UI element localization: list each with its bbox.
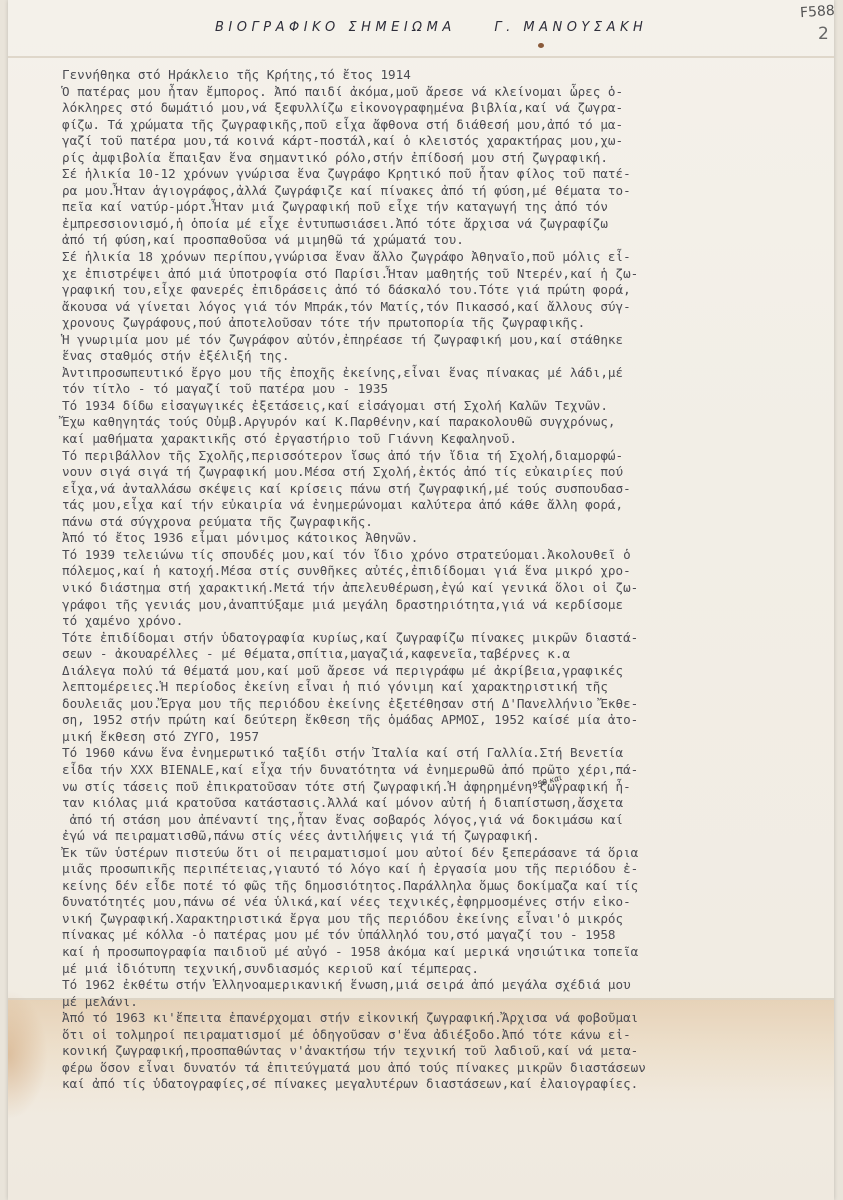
- ink-spot: [538, 43, 544, 48]
- text-line: νω στίς τάσεις ποῦ ἐπικρατοῦσαν τότε στή…: [62, 779, 842, 796]
- text-line: Ὁ πατέρας μου ἦταν ἔμπορος. Ἀπό παιδί ἀκ…: [62, 84, 842, 101]
- text-line: Ἐκ τῶν ὑστέρων πιστεύω ὅτι οἱ πειραματισ…: [62, 845, 842, 862]
- text-line: χε ἐπιστρέψει ἀπό μιά ὑποτροφία στό Παρί…: [62, 266, 842, 283]
- text-line: πίνακας μέ κόλλα -ὁ πατέρας μου μέ τόν ὑ…: [62, 927, 842, 944]
- typed-body-text: Γεννήθηκα στό Ηράκλειο τῆς Κρήτης,τό ἔτο…: [62, 67, 842, 1093]
- text-line: ὅτι οἱ τολμηροί πειραματισμοί μέ ὁδηγοῦσ…: [62, 1027, 842, 1044]
- text-line: μική ἔκθεση στό ΖΥΓΟ, 1957: [62, 729, 842, 746]
- text-line: τάς μου,εἶχα καί τήν εὐκαιρία νά ἐνημερώ…: [62, 497, 842, 514]
- header-author: Γ. ΜΑΝΟΥΣΑΚΗ: [494, 20, 647, 35]
- text-line: Ἔχω καθηγητάς τούς Οὐμβ.Αργυρόν καί Κ.Πα…: [62, 414, 842, 431]
- text-line: τό χαμένο χρόνο.: [62, 613, 842, 630]
- text-line: γαζί τοῦ πατέρα μου,τά κοινά κάρτ-ποστάλ…: [62, 133, 842, 150]
- text-line: ἀπό τή στάση μου ἀπέναντί της,ἦταν ἕνας …: [62, 812, 842, 829]
- text-line: φέρω ὅσον εἶναι δυνατόν τά ἐπιτεύγματά μ…: [62, 1060, 842, 1077]
- text-line: λεπτομέρειες.Ἡ περίοδος ἐκείνη εἶναι ἡ π…: [62, 679, 842, 696]
- text-line: Τό περιβάλλον τῆς Σχολῆς,περισσότερον ἴσ…: [62, 448, 842, 465]
- text-line: Τό 1939 τελειώνω τίς σπουδές μου,καί τόν…: [62, 547, 842, 564]
- text-line: ἄκουσα νά γίνεται λόγος γιά τόν Μπράκ,τό…: [62, 299, 842, 316]
- text-line: Διάλεγα πολύ τά θέματά μου,καί μοῦ ἄρεσε…: [62, 663, 842, 680]
- text-line: σεων - ἀκουαρέλλες - μέ θέματα,σπίτια,μα…: [62, 646, 842, 663]
- text-line: Γεννήθηκα στό Ηράκλειο τῆς Κρήτης,τό ἔτο…: [62, 67, 842, 84]
- archive-number: F588: [799, 3, 835, 21]
- text-line: ρα μου.Ἦταν ἁγιογράφος,ἀλλά ζωγράφιζε κα…: [62, 183, 842, 200]
- paper-stain: [8, 990, 48, 1120]
- text-line: νική ζωγραφική.Χαρακτηριστικά ἔργα μου τ…: [62, 911, 842, 928]
- text-line: εἶδα τήν ΧΧΧ BIENALE,καί εἶχα τήν δυνατό…: [62, 762, 842, 779]
- text-line: καί μαθήματα χαρακτικῆς στό ἐργαστήριο τ…: [62, 431, 842, 448]
- text-line: μέ μελάνι.: [62, 994, 842, 1011]
- text-line: μιᾶς προσωπικῆς περιπέτειας,γιαυτό τό λό…: [62, 861, 842, 878]
- text-line: Σέ ἡλικία 10-12 χρόνων γνώρισα ἕνα ζωγρά…: [62, 166, 842, 183]
- text-line: γραφική του,εἶχε φανερές ἐπιδράσεις ἀπό …: [62, 282, 842, 299]
- text-line: πεῖα καί νατύρ-μόρτ.Ἦταν μιά ζωγραφική π…: [62, 199, 842, 216]
- text-line: κείνης δέν εἶδε ποτέ τό φῶς τῆς δημοσιότ…: [62, 878, 842, 895]
- text-line: Τό 1960 κάνω ἕνα ἐνημερωτικό ταξίδι στήν…: [62, 745, 842, 762]
- text-line: Ἀντιπροσωπευτικό ἔργο μου τῆς ἐποχῆς ἐκε…: [62, 365, 842, 382]
- text-line: λόκληρες στό δωμάτιό μου,νά ξεφυλλίζω εἰ…: [62, 100, 842, 117]
- text-line: ταν κιόλας μιά κρατοῦσα κατάστασις.Ἀλλά …: [62, 795, 842, 812]
- text-line: τόν τίτλο - τό μαγαζί τοῦ πατέρα μου - 1…: [62, 381, 842, 398]
- text-line: Ἀπό τό 1963 κι'ἔπειτα ἐπανέρχομαι στήν ε…: [62, 1010, 842, 1027]
- text-line: Σέ ἡλικία 18 χρόνων περίπου,γνώρισα ἕναν…: [62, 249, 842, 266]
- text-line: ἐγώ νά πειραματισθῶ,πάνω στίς νέες ἀντιλ…: [62, 828, 842, 845]
- text-line: πάνω στά σύγχρονα ρεύματα τῆς ζωγραφικῆς…: [62, 514, 842, 531]
- text-line: ἀπό τή φύση,καί προσπαθοῦσα νά μιμηθῶ τά…: [62, 232, 842, 249]
- text-line: εἶχα,νά ἀνταλλάσω σκέψεις καί κρίσεις πά…: [62, 481, 842, 498]
- text-line: ση, 1952 στήν πρώτη καί δεύτερη ἔκθεση τ…: [62, 712, 842, 729]
- text-line: ἕνας σταθμός στήν ἐξέλιξή της.: [62, 348, 842, 365]
- text-line: φίζω. Τά χρώματα τῆς ζωγραφικῆς,ποῦ εἶχα…: [62, 117, 842, 134]
- text-line: γράφοι τῆς γενιάς μου,ἀναπτύξαμε μιά μεγ…: [62, 597, 842, 614]
- page-number: 2: [818, 24, 829, 44]
- text-line: χρονους ζωγράφους,πού ἀποτελοῦσαν τότε τ…: [62, 315, 842, 332]
- text-line: δουλειᾶς μου.Ἔργα μου τῆς περιόδου ἐκείν…: [62, 696, 842, 713]
- text-line: καί ἡ προσωπογραφία παιδιοῦ μέ αὐγό - 19…: [62, 944, 842, 961]
- header-title: ΒΙΟΓΡΑΦΙΚΟ ΣΗΜΕΙΩΜΑ: [215, 20, 456, 35]
- text-line: μέ μιά ἰδιότυπη τεχνική,συνδιασμός κεριο…: [62, 961, 842, 978]
- text-line: Τότε ἐπιδίδομαι στήν ὑδατογραφία κυρίως,…: [62, 630, 842, 647]
- text-line: νουν σιγά σιγά τή ζωγραφική μου.Μέσα στή…: [62, 464, 842, 481]
- paper-fold-line: [8, 56, 834, 58]
- text-line: Ἡ γνωριμία μου μέ τόν ζωγράφον αὐτόν,ἐπη…: [62, 332, 842, 349]
- text-line: Ἀπό τό ἔτος 1936 εἶμαι μόνιμος κάτοικος …: [62, 530, 842, 547]
- document-header: ΒΙΟΓΡΑΦΙΚΟ ΣΗΜΕΙΩΜΑ Γ. ΜΑΝΟΥΣΑΚΗ: [215, 20, 647, 35]
- text-line: δυνατότητές μου,πάνω σέ νέα ὑλικά,καί νέ…: [62, 894, 842, 911]
- text-line: Τό 1962 ἐκθέτω στήν Ἑλληνοαμερικανική ἕν…: [62, 977, 842, 994]
- text-line: καί ἀπό τίς ὑδατογραφίες,σέ πίνακες μεγα…: [62, 1076, 842, 1093]
- text-line: νικό διάστημα στή χαρακτική.Μετά τήν ἀπε…: [62, 580, 842, 597]
- text-line: ρίς ἀμφιβολία ἔπαιξαν ἕνα σημαντικό ρόλο…: [62, 150, 842, 167]
- text-line: ἐμπρεσσιονισμό,ἡ ὁποία μέ εἶχε ἐντυπωσιά…: [62, 216, 842, 233]
- text-line: Τό 1934 δίδω εἰσαγωγικές ἐξετάσεις,καί ε…: [62, 398, 842, 415]
- text-line: πόλεμος,καί ἡ κατοχή.Μέσα στίς συνθῆκες …: [62, 563, 842, 580]
- text-line: κονική ζωγραφική,προσπαθώντας ν'ἀνακτήσω…: [62, 1043, 842, 1060]
